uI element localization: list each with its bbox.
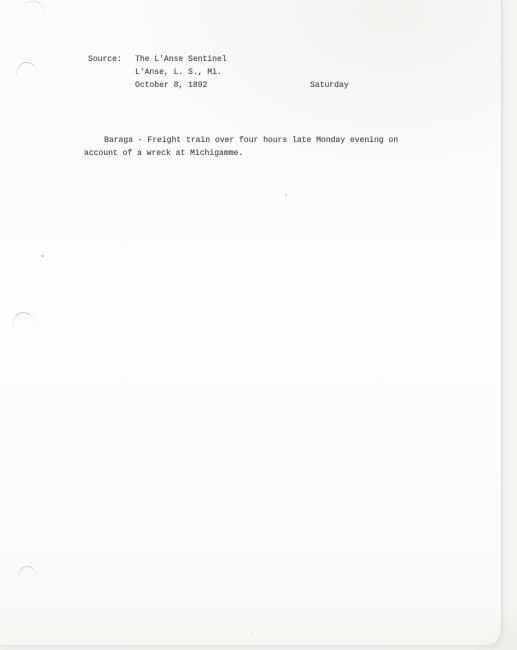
- scan-speck: [41, 255, 44, 257]
- source-label: Source:: [88, 53, 122, 66]
- scan-speck: [251, 632, 253, 634]
- citation-location: L'Anse, L. S., Mi.: [135, 66, 222, 79]
- punch-hole-mark-top: [14, 61, 38, 77]
- scan-speck: [285, 194, 287, 196]
- citation-date: October 8, 1892: [135, 79, 207, 92]
- citation-weekday: Saturday: [310, 79, 349, 92]
- pencil-smudge-mark: [21, 0, 47, 14]
- article-text-line-2: account of a wreck at Michigamme.: [84, 147, 243, 160]
- article-text-line-1: Baraga - Freight train over four hours l…: [104, 134, 398, 147]
- scanned-document: Source: The L'Anse Sentinel L'Anse, L. S…: [0, 0, 517, 650]
- citation-publication: The L'Anse Sentinel: [135, 53, 227, 66]
- punch-hole-mark-bottom: [16, 565, 37, 579]
- document-page: Source: The L'Anse Sentinel L'Anse, L. S…: [0, 0, 502, 646]
- punch-hole-mark-middle: [11, 310, 35, 325]
